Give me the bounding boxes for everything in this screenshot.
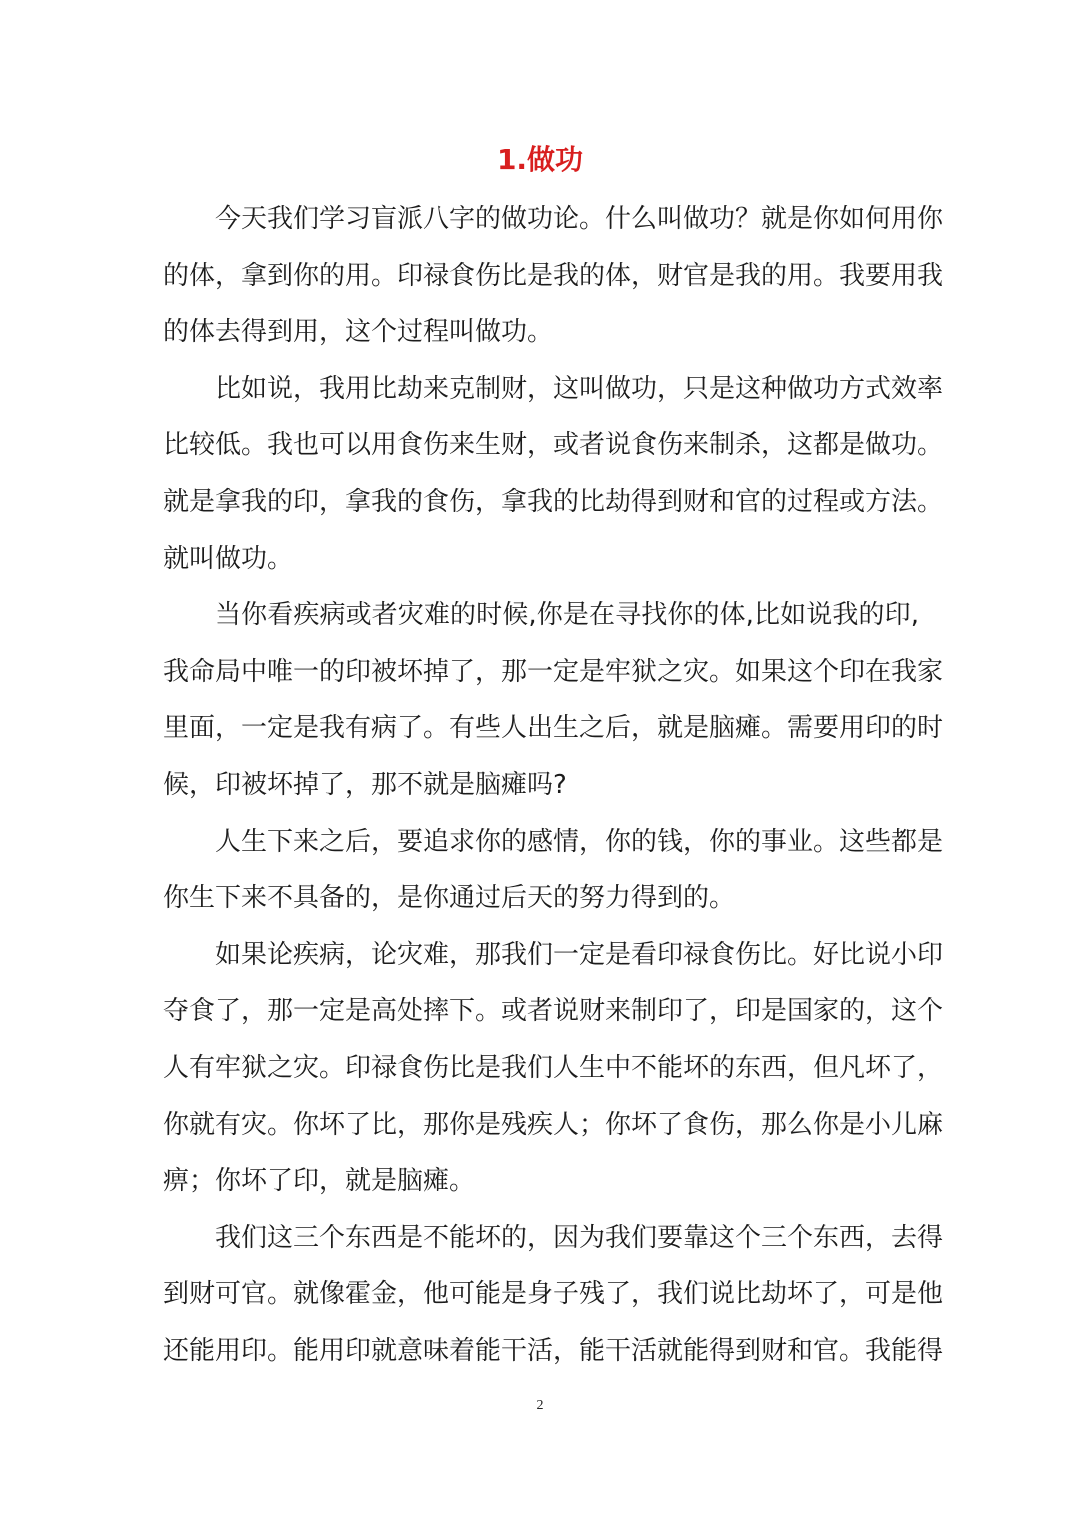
paragraph-5-line-3: 人有牢狱之灾。印禄食伤比是我们人生中不能坏的东西，但凡坏了， xyxy=(163,1048,919,1105)
paragraph-1-line-3: 的体去得到用，这个过程叫做功。 xyxy=(163,312,919,369)
paragraph-6-line-3: 还能用印。能用印就意味着能干活，能干活就能得到财和官。我能得 xyxy=(163,1331,919,1388)
paragraph-5-line-5: 痹；你坏了印，就是脑瘫。 xyxy=(163,1161,919,1218)
paragraph-2-line-3: 就是拿我的印，拿我的食伤，拿我的比劫得到财和官的过程或方法。 xyxy=(163,482,919,539)
body-text: 今天我们学习盲派八字的做功论。什么叫做功？就是你如何用你 的体，拿到你的用。印禄… xyxy=(163,199,919,1387)
paragraph-6-line-2: 到财可官。就像霍金，他可能是身子残了，我们说比劫坏了，可是他 xyxy=(163,1274,919,1331)
paragraph-4-line-2: 你生下来不具备的，是你通过后天的努力得到的。 xyxy=(163,878,919,935)
section-title: 1.做功 xyxy=(0,142,1080,178)
document-page: 1.做功 今天我们学习盲派八字的做功论。什么叫做功？就是你如何用你 的体，拿到你… xyxy=(0,0,1080,1528)
paragraph-1-line-1: 今天我们学习盲派八字的做功论。什么叫做功？就是你如何用你 xyxy=(163,199,919,256)
paragraph-3-line-2: 我命局中唯一的印被坏掉了，那一定是牢狱之灾。如果这个印在我家 xyxy=(163,652,919,709)
paragraph-2-line-4: 就叫做功。 xyxy=(163,539,919,596)
paragraph-5-line-4: 你就有灾。你坏了比，那你是残疾人；你坏了食伤，那么你是小儿麻 xyxy=(163,1105,919,1162)
paragraph-6-line-1: 我们这三个东西是不能坏的，因为我们要靠这个三个东西，去得 xyxy=(163,1218,919,1275)
paragraph-5-line-2: 夺食了，那一定是高处摔下。或者说财来制印了，印是国家的，这个 xyxy=(163,991,919,1048)
paragraph-1-line-2: 的体，拿到你的用。印禄食伤比是我的体，财官是我的用。我要用我 xyxy=(163,256,919,313)
paragraph-5-line-1: 如果论疾病，论灾难，那我们一定是看印禄食伤比。好比说小印 xyxy=(163,935,919,992)
page-number: 2 xyxy=(0,1398,1080,1414)
paragraph-2-line-1: 比如说，我用比劫来克制财，这叫做功，只是这种做功方式效率 xyxy=(163,369,919,426)
paragraph-2-line-2: 比较低。我也可以用食伤来生财，或者说食伤来制杀，这都是做功。 xyxy=(163,425,919,482)
paragraph-3-line-4: 候，印被坏掉了，那不就是脑瘫吗? xyxy=(163,765,919,822)
paragraph-4-line-1: 人生下来之后，要追求你的感情，你的钱，你的事业。这些都是 xyxy=(163,822,919,879)
paragraph-3-line-3: 里面，一定是我有病了。有些人出生之后，就是脑瘫。需要用印的时 xyxy=(163,708,919,765)
paragraph-3-line-1: 当你看疾病或者灾难的时候,你是在寻找你的体,比如说我的印, xyxy=(163,595,919,652)
